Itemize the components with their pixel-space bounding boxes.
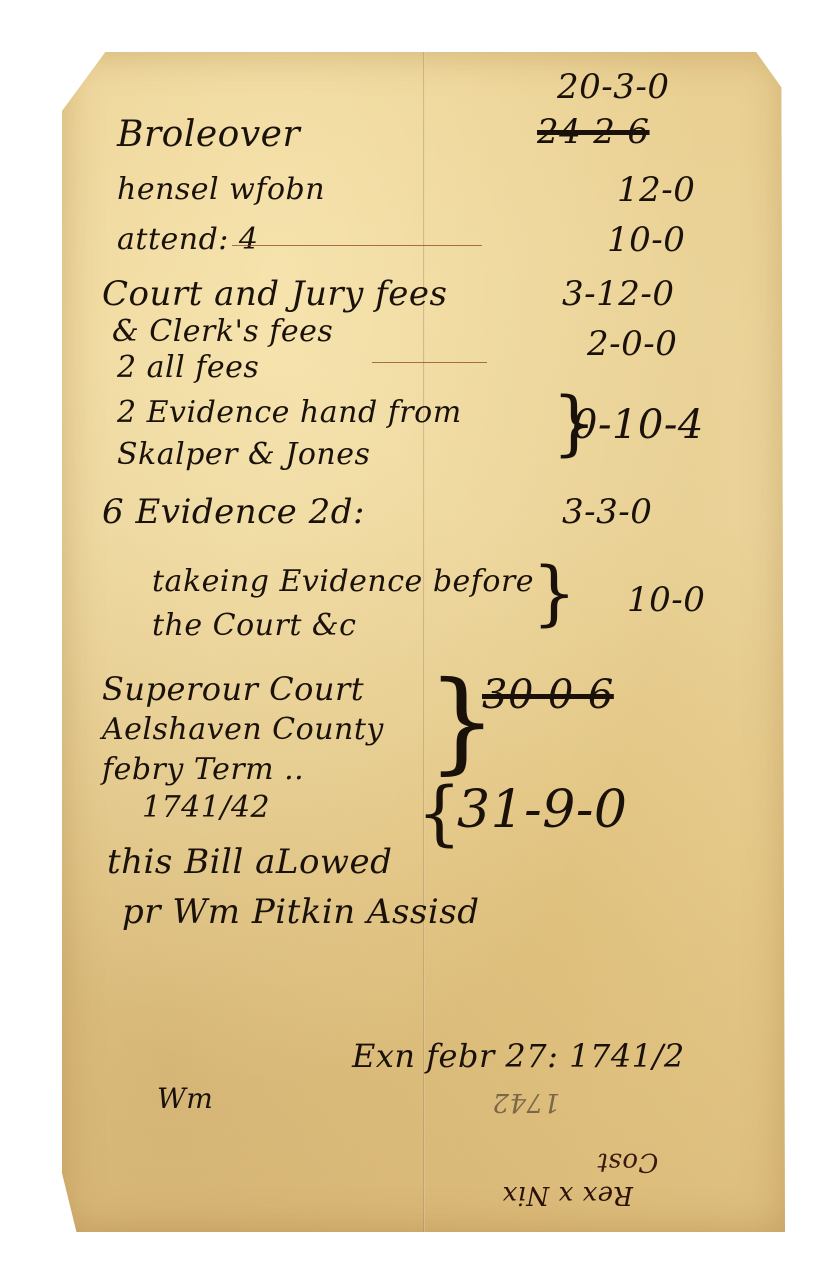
entry-desc-2: hensel wfobn [117, 172, 325, 207]
signature-initial: Wm [157, 1082, 213, 1115]
court-line-2: Aelshaven County [102, 712, 384, 747]
allowance-line-1: this Bill aLowed [107, 842, 392, 882]
red-rule [232, 245, 482, 246]
upside-note-cost: Cost [597, 1147, 658, 1177]
entry-amount-8: 3-3-0 [562, 492, 652, 532]
entry-amount-4: 3-12-0 [562, 274, 675, 314]
entry-amount-7: 0-10-4 [572, 402, 704, 448]
court-line-3: febry Term .. [102, 752, 304, 787]
entry-amount-5: 2-0-0 [587, 324, 677, 364]
allowance-line-2: pr Wm Pitkin Assisd [122, 892, 479, 932]
entry-desc-4: Court and Jury fees [102, 274, 447, 314]
bracket: { [417, 772, 462, 854]
bracket: } [532, 552, 577, 634]
amount-struck-1: 24-2-6 [537, 112, 650, 152]
entry-desc-3: attend: 4 [117, 222, 259, 257]
upside-note-year: 1742 [492, 1087, 560, 1117]
entry-amount-2: 12-0 [617, 170, 695, 210]
amount-corrected-1: 20-3-0 [557, 67, 670, 107]
court-struck-total: 30-0-6 [482, 672, 614, 718]
entry-desc-6: 2 all fees [117, 350, 259, 385]
entry-amount-9: 10-0 [627, 580, 705, 620]
entry-desc-5: & Clerk's fees [112, 314, 333, 349]
document-paper: 20-3-0 Broleover 24-2-6 hensel wfobn 12-… [62, 52, 785, 1232]
entry-desc-9: takeing Evidence before the Court &c [152, 560, 552, 648]
red-rule [372, 362, 487, 363]
entry-desc-7: 2 Evidence hand from Skalper & Jones [117, 392, 567, 476]
entry-desc-8: 6 Evidence 2d: [102, 492, 365, 532]
upside-note-case: Rex x Nix [502, 1180, 633, 1210]
court-line-4: 1741/42 [142, 790, 270, 825]
entry-desc-1: Broleover [117, 114, 300, 155]
court-line-1: Superour Court [102, 670, 364, 708]
entry-amount-3: 10-0 [607, 220, 685, 260]
examined-date: Exn febr 27: 1741/2 [352, 1037, 685, 1075]
court-total: 31-9-0 [457, 780, 627, 840]
